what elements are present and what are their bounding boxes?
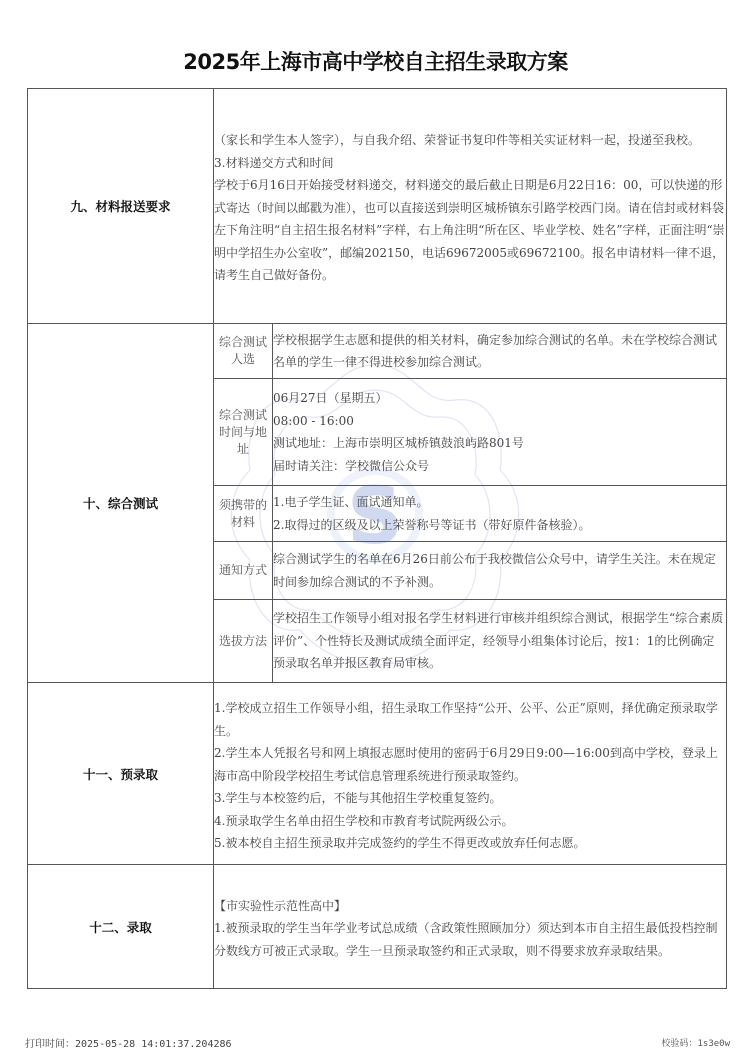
section-11-label: 十一、预录取 xyxy=(28,683,214,865)
content-line: （家长和学生本人签字），与自我介绍、荣誉证书复印件等相关实证材料一起，投递至我校… xyxy=(214,129,726,152)
content-line: 综合测试学生的名单在6月26日前公布于我校微信公众号中，请学生关注。未在规定时间… xyxy=(273,548,726,593)
content-line: 08:00 - 16:00 xyxy=(273,410,726,433)
content-line: 3.材料递交方式和时间 xyxy=(214,152,726,175)
section-11-row: 十一、预录取 1.学校成立招生工作领导小组，招生录取工作坚持“公开、公平、公正”… xyxy=(28,683,727,865)
section-9-row: 九、材料报送要求 （家长和学生本人签字），与自我介绍、荣誉证书复印件等相关实证材… xyxy=(28,89,727,324)
content-line: 5.被本校自主招生预录取并完成签约的学生不得更改或放弃任何志愿。 xyxy=(214,832,726,855)
sub-label: 通知方式 xyxy=(214,542,273,600)
section-9-content: （家长和学生本人签字），与自我介绍、荣誉证书复印件等相关实证材料一起，投递至我校… xyxy=(214,89,727,324)
sub-label: 选拔方法 xyxy=(214,600,273,683)
content-line: 测试地址：上海市崇明区城桥镇鼓浪屿路801号 xyxy=(273,432,726,455)
page-title: 2025年上海市高中学校自主招生录取方案 xyxy=(0,46,751,76)
section-12-content: 【市实验性示范性高中】 1.被预录取的学生当年学业考试总成绩（含政策性照顾加分）… xyxy=(214,865,727,989)
sub-content: 学校招生工作领导小组对报名学生材料进行审核并组织综合测试，根据学生“综合素质评价… xyxy=(273,600,727,683)
print-time: 打印时间：2025-05-28 14:01:37.204286 xyxy=(25,1035,232,1050)
content-line: 2.学生本人凭报名号和网上填报志愿时使用的密码于6月29日9:00—16:00到… xyxy=(214,742,726,787)
content-line: 4.预录取学生名单由招生学校和市教育考试院两级公示。 xyxy=(214,810,726,833)
sub-content: 综合测试学生的名单在6月26日前公布于我校微信公众号中，请学生关注。未在规定时间… xyxy=(273,542,727,600)
section-9-label: 九、材料报送要求 xyxy=(28,89,214,324)
content-line: 1.电子学生证、面试通知单。 xyxy=(273,491,726,514)
content-line: 06月27日（星期五） xyxy=(273,387,726,410)
admission-plan-table: 九、材料报送要求 （家长和学生本人签字），与自我介绍、荣誉证书复印件等相关实证材… xyxy=(27,88,727,989)
sub-content: 学校根据学生志愿和提供的相关材料，确定参加综合测试的名单。未在学校综合测试名单的… xyxy=(273,324,727,379)
sub-label: 综合测试人选 xyxy=(214,324,273,379)
content-line: 2.取得过的区级及以上荣誉称号等证书（带好原件备核验）。 xyxy=(273,514,726,537)
section-12-label: 十二、录取 xyxy=(28,865,214,989)
sub-label: 综合测试时间与地址 xyxy=(214,379,273,486)
verify-code: 校验码：1s3e0w xyxy=(661,1036,730,1049)
content-line: 学校于6月16日开始接受材料递交，材料递交的最后截止日期是6月22日16：00，… xyxy=(214,174,726,287)
section-10-row-1: 十、综合测试 综合测试人选 学校根据学生志愿和提供的相关材料，确定参加综合测试的… xyxy=(28,324,727,379)
content-line: 【市实验性示范性高中】 xyxy=(214,895,726,918)
section-10-label: 十、综合测试 xyxy=(28,324,214,683)
content-line: 学校根据学生志愿和提供的相关材料，确定参加综合测试的名单。未在学校综合测试名单的… xyxy=(273,329,726,374)
section-12-row: 十二、录取 【市实验性示范性高中】 1.被预录取的学生当年学业考试总成绩（含政策… xyxy=(28,865,727,989)
sub-content: 1.电子学生证、面试通知单。 2.取得过的区级及以上荣誉称号等证书（带好原件备核… xyxy=(273,486,727,542)
section-11-content: 1.学校成立招生工作领导小组，招生录取工作坚持“公开、公平、公正”原则，择优确定… xyxy=(214,683,727,865)
content-line: 3.学生与本校签约后，不能与其他招生学校重复签约。 xyxy=(214,787,726,810)
content-line: 学校招生工作领导小组对报名学生材料进行审核并组织综合测试，根据学生“综合素质评价… xyxy=(273,607,726,675)
content-line: 1.被预录取的学生当年学业考试总成绩（含政策性照顾加分）须达到本市自主招生最低投… xyxy=(214,917,726,962)
content-line: 届时请关注：学校微信公众号 xyxy=(273,455,726,478)
sub-content: 06月27日（星期五） 08:00 - 16:00 测试地址：上海市崇明区城桥镇… xyxy=(273,379,727,486)
sub-label: 须携带的材料 xyxy=(214,486,273,542)
content-line: 1.学校成立招生工作领导小组，招生录取工作坚持“公开、公平、公正”原则，择优确定… xyxy=(214,697,726,742)
